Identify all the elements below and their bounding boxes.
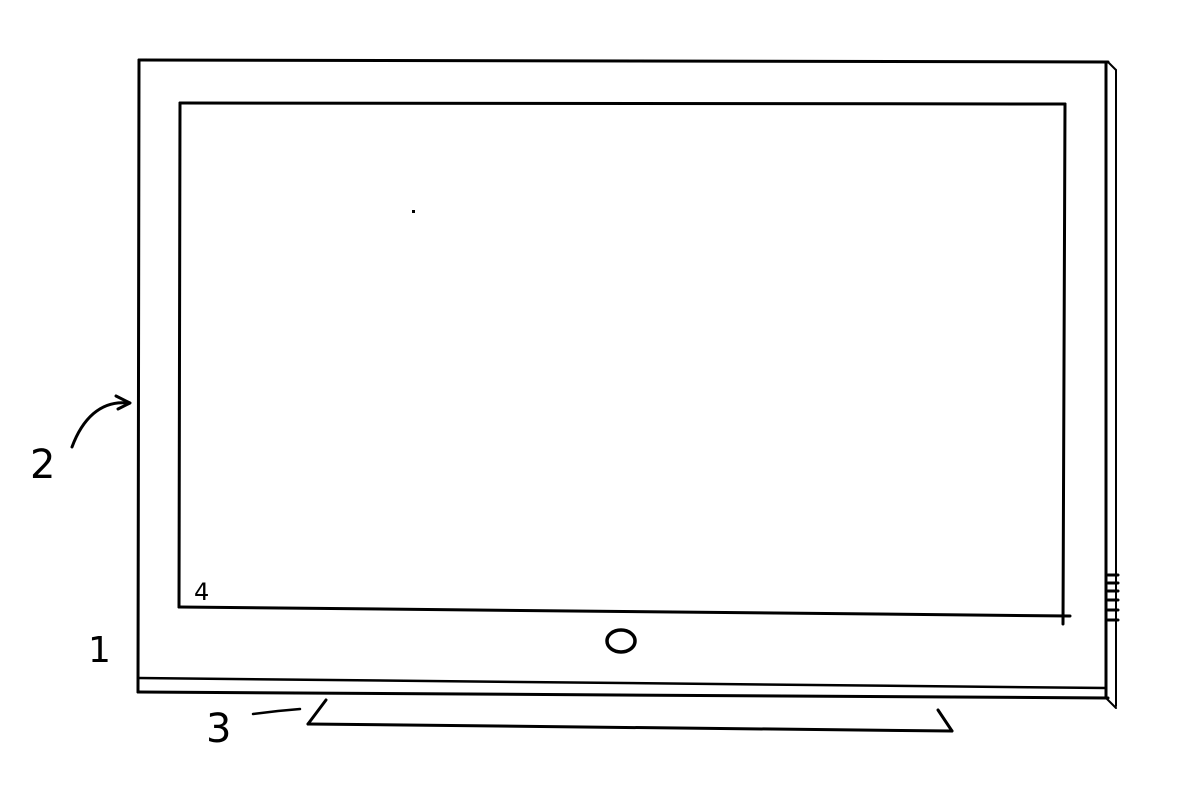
- speck: [412, 210, 415, 213]
- reference-numeral-2: 2: [30, 442, 55, 488]
- reference-numeral-1: 1: [88, 630, 111, 671]
- housing-side-edge: [1106, 62, 1118, 708]
- display-device-drawing: 2 1 3 4: [0, 0, 1200, 792]
- power-button: [607, 630, 635, 652]
- reference-numeral-3: 3: [206, 706, 231, 752]
- reference-numeral-4: 4: [194, 578, 209, 606]
- stand: [308, 700, 952, 731]
- outer-housing: [138, 60, 1108, 698]
- leader-line-3: [253, 709, 300, 714]
- display-screen: [179, 103, 1070, 624]
- arrow-2: [72, 396, 130, 447]
